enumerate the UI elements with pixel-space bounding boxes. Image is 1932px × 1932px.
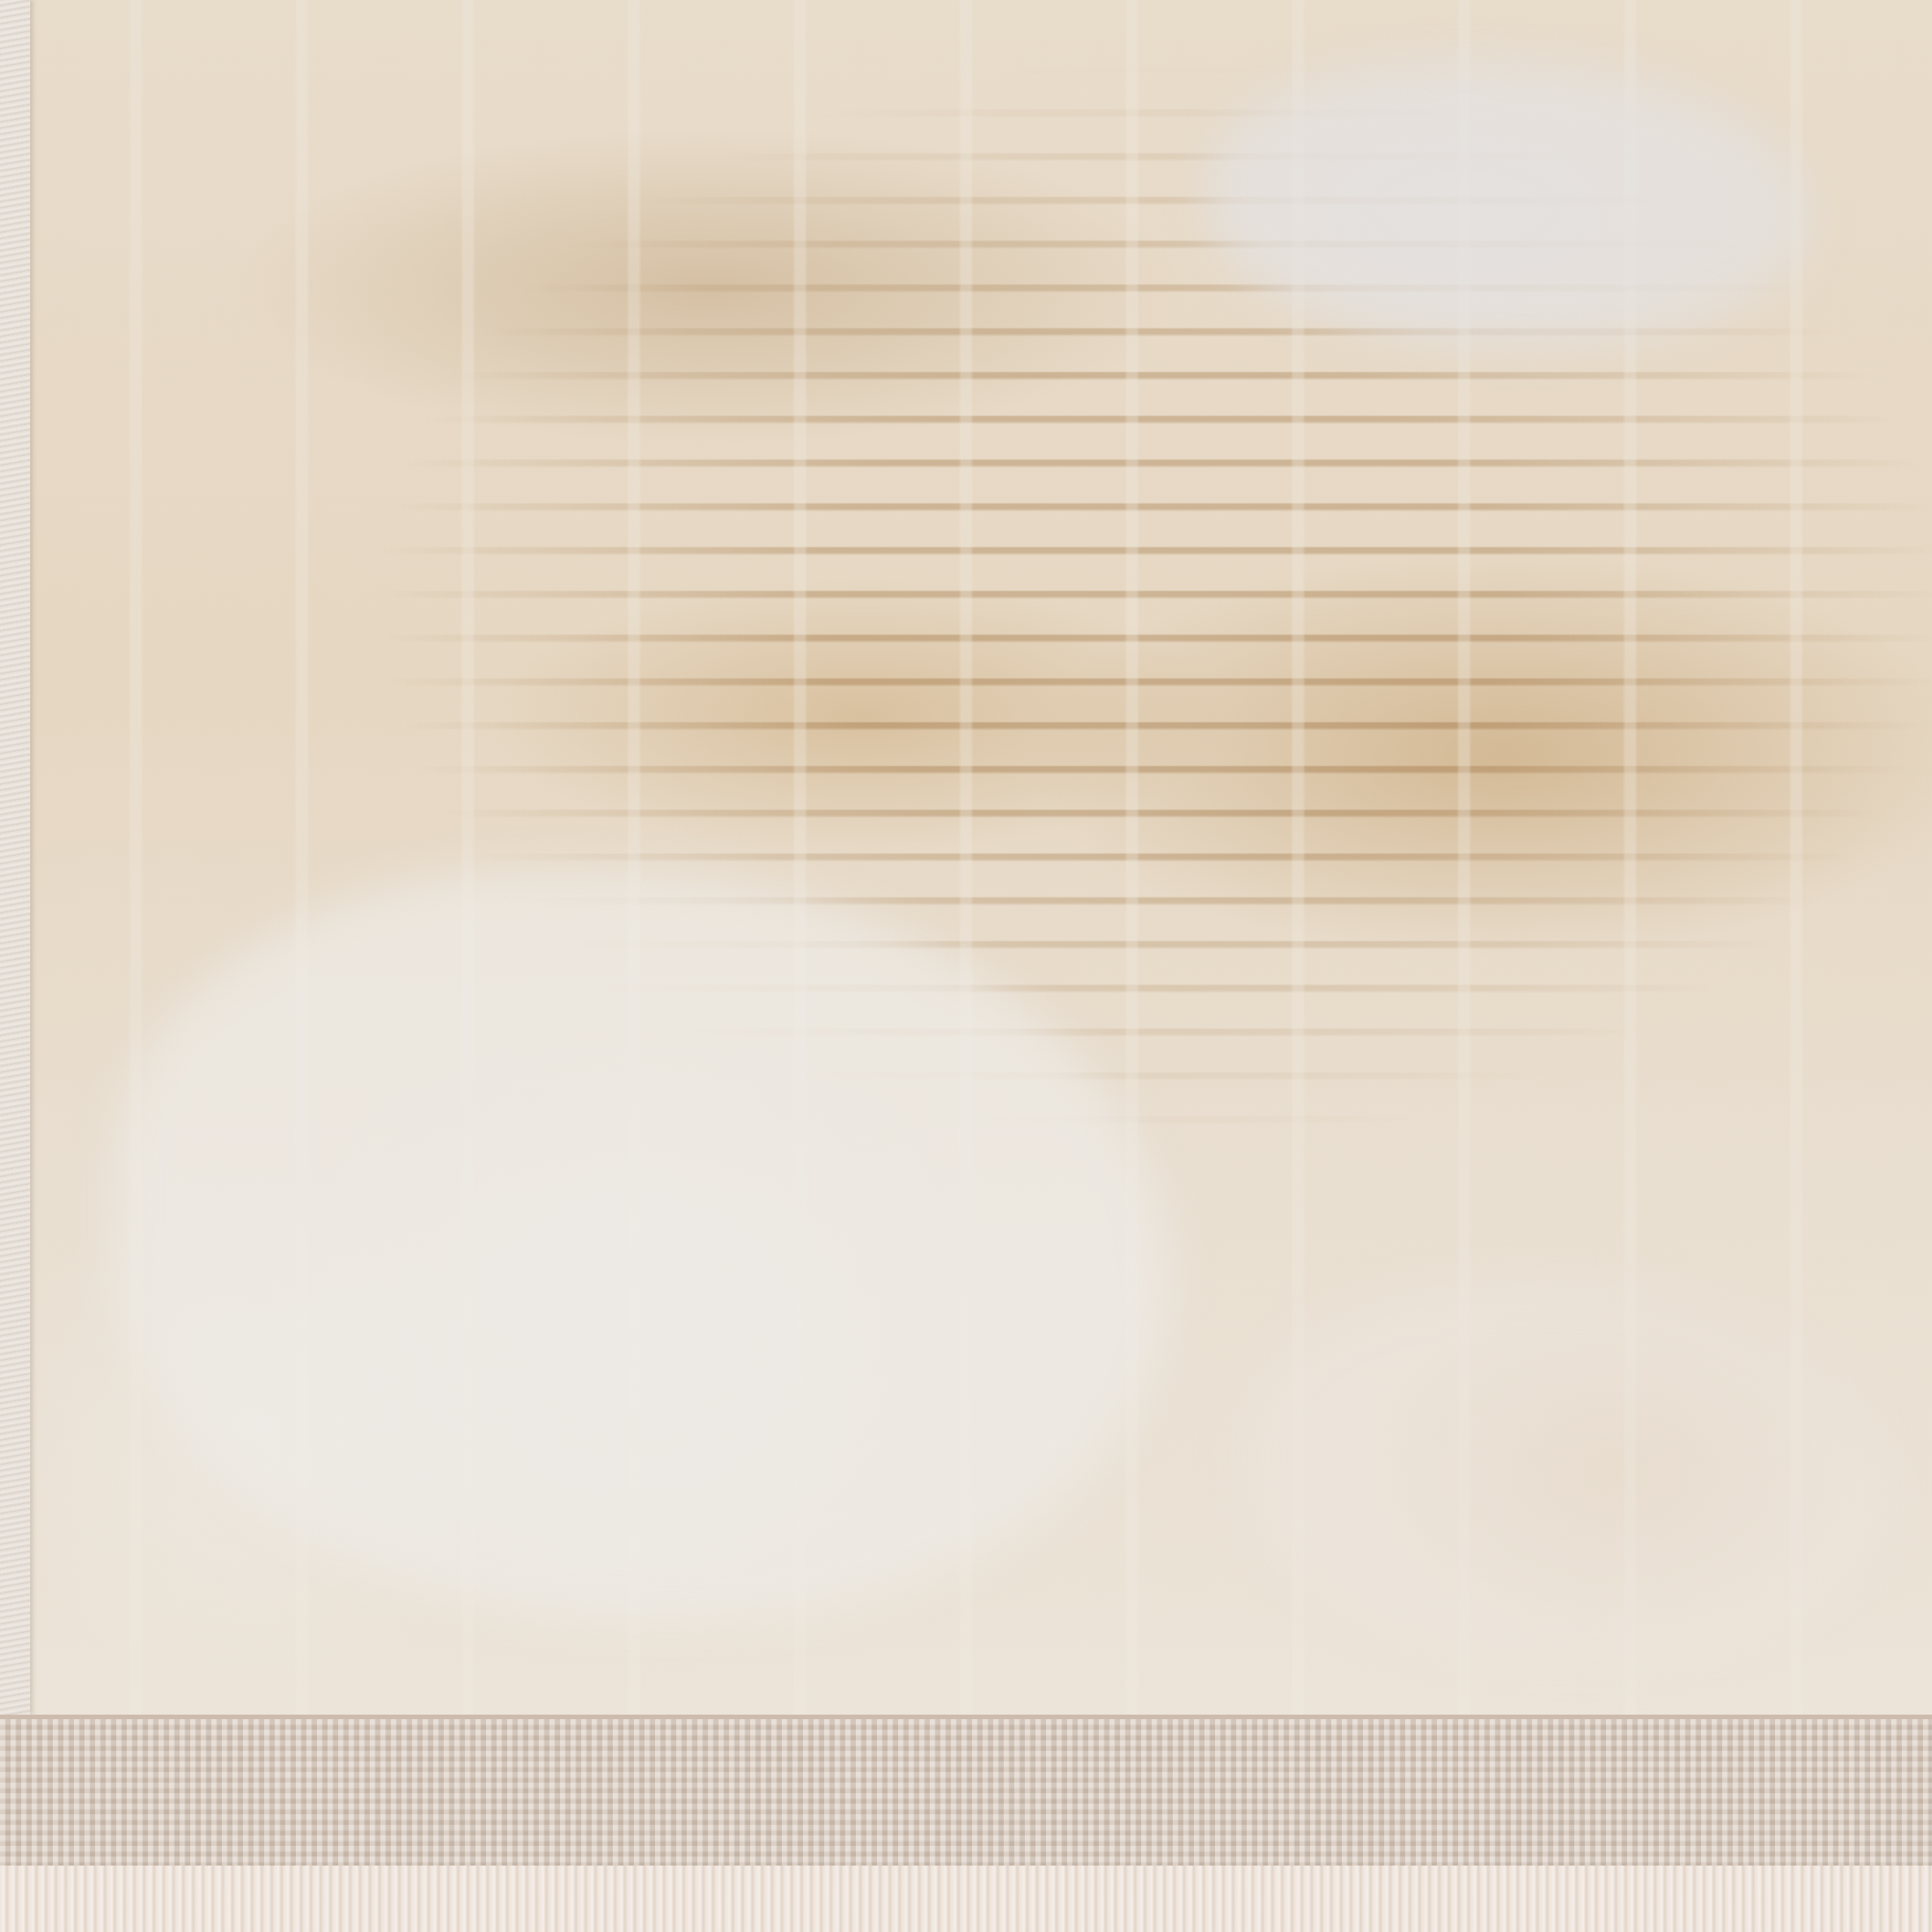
tassel-fringe (0, 1866, 1932, 1932)
woven-border-band (0, 1715, 1932, 1870)
rug-photo (0, 0, 1932, 1932)
serged-edge-binding (0, 0, 30, 1715)
